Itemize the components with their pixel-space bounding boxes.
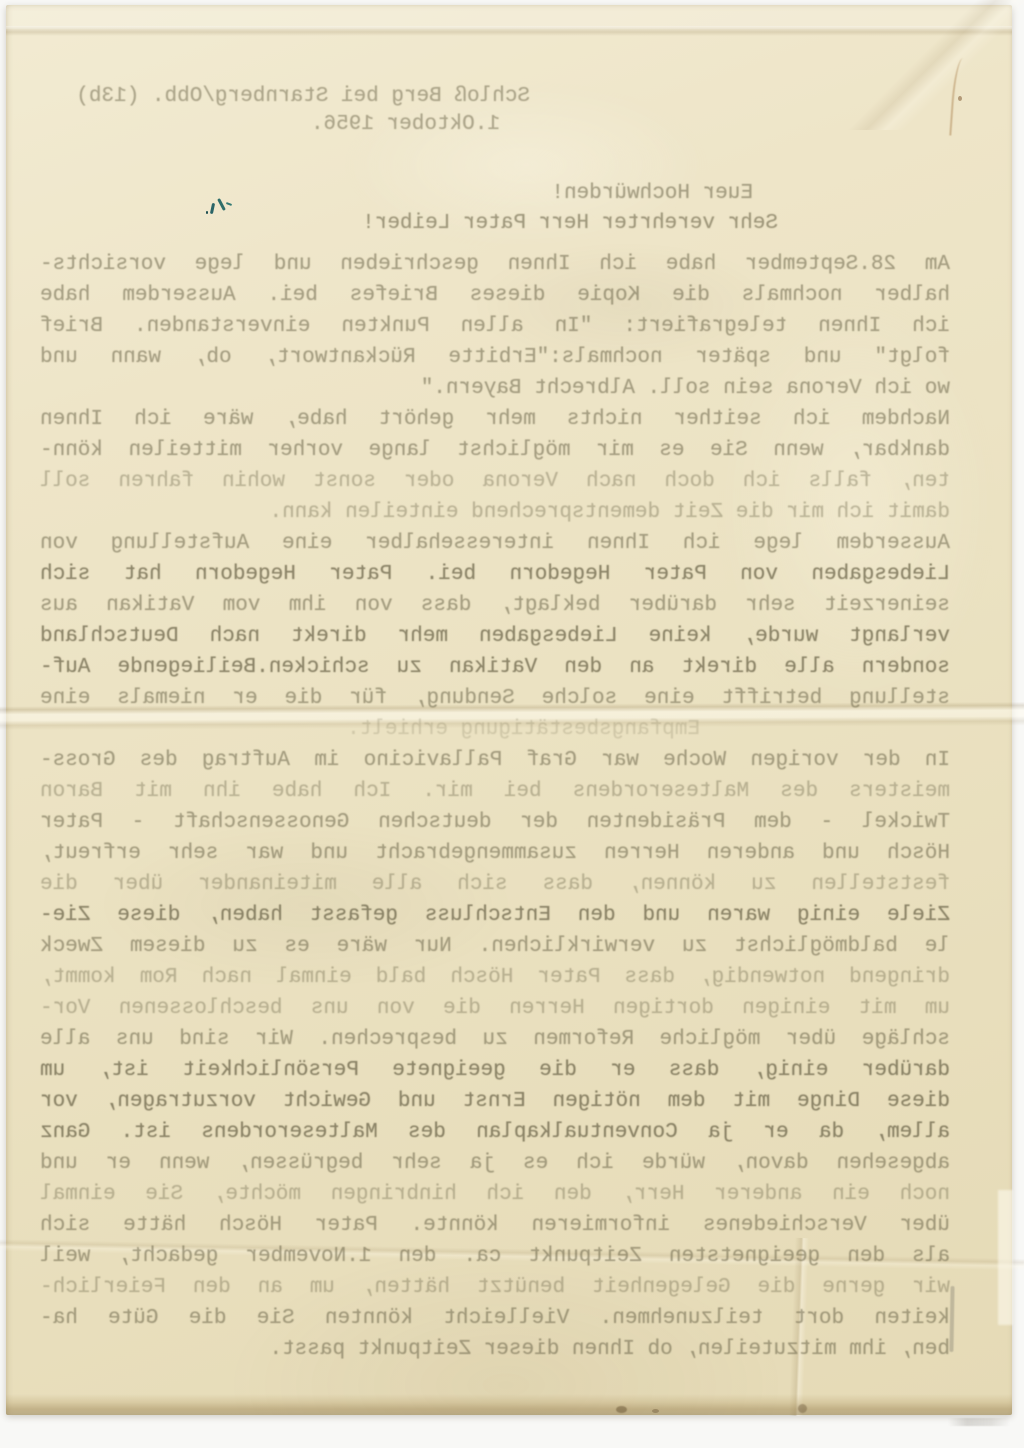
salutation-line-2: Sehr verehrter Herr Pater Leiber! xyxy=(362,211,778,237)
letterhead-date: 1.Oktober 1956. xyxy=(311,112,500,138)
scanned-letter-verso: Schloß Berg bei Starnberg/Obb. (13b) 1.O… xyxy=(0,0,1024,1448)
letter-line: damit ich mir die Zeit dementsprechend e… xyxy=(269,500,950,526)
ink-stroke xyxy=(226,202,232,206)
letter-line: verlangt wurde, keine Liebesgaben mehr d… xyxy=(40,624,950,650)
letter-line: allem, da er ja Conventualkaplan des Mal… xyxy=(40,1120,950,1146)
letter-line: Hösch und anderen Herren zusammengebrach… xyxy=(40,841,950,867)
letter-line: um mit einigen dortigen Herren die von u… xyxy=(40,996,950,1022)
letter-line: ben, ihm mitzuteilen, ob Ihnen dieser Ze… xyxy=(269,1337,950,1363)
ink-stroke xyxy=(217,198,226,211)
bottom-edge-speck xyxy=(616,1406,627,1413)
letter-line: ich Ihnen telegrafiert: "In allen Punkte… xyxy=(40,314,950,340)
letter-line: dankbar, wenn Sie es mir möglichst lange… xyxy=(40,438,950,464)
letter-line: seinerzeit sehr darüber beklagt, dass vo… xyxy=(40,593,950,619)
letterhead-location: Schloß Berg bei Starnberg/Obb. (13b) xyxy=(76,84,530,110)
letter-line: le baldmöglichst zu verwirklichen. Nur w… xyxy=(40,934,950,960)
letter-line: dringend notwendig, dass Pater Hösch bal… xyxy=(40,965,950,991)
letter-line: als den geeignetsten Zeitpunkt ca. den 1… xyxy=(40,1244,950,1270)
letter-line: feststellen zu können, dass sich alle mi… xyxy=(40,872,950,898)
letter-line: abgesehen davon, würde ich es ja sehr be… xyxy=(40,1151,950,1177)
letter-line: Nachdem ich seither nichts mehr gehört h… xyxy=(40,407,950,433)
letter-line: sondern alle direkt an den Vatikan zu sc… xyxy=(40,655,950,681)
mirrored-typescript-layer: Schloß Berg bei Starnberg/Obb. (13b) 1.O… xyxy=(0,0,1024,1448)
letter-line: folgt" und später nochmals:"Erbitte Rück… xyxy=(40,345,950,371)
light-strip-right xyxy=(998,1190,1013,1325)
letter-line: über Verschiedenes informieren könnte. P… xyxy=(40,1213,950,1239)
letter-line: halber nochmals die Kopie dieses Briefes… xyxy=(40,283,950,309)
ink-stroke xyxy=(206,211,208,214)
letter-line: meisters des Malteserordens bei mir. Ich… xyxy=(40,779,950,805)
letter-line: Empfangsbestätigung erhielt. xyxy=(347,717,700,743)
letter-line: noch ein anderer Herr, den ich hinbringe… xyxy=(40,1182,950,1208)
letter-line: ten, falls ich doch nach Verona oder son… xyxy=(40,469,950,495)
letter-line: In der vorigen Woche war Graf Pallavicin… xyxy=(40,748,950,774)
bottom-edge-scribble xyxy=(948,1418,1010,1426)
letter-line: stellung betrifft eine solche Sendung, f… xyxy=(40,686,950,712)
letter-line: Twickel - dem Präsidenten der deutschen … xyxy=(40,810,950,836)
letter-line: Am 28.September habe ich Ihnen geschrieb… xyxy=(40,252,950,278)
letter-line: darüber einig, dass er die geeignete Per… xyxy=(40,1058,950,1084)
letter-line: wir gerne die Gelegenheit benützt hätten… xyxy=(40,1275,950,1301)
letter-line: diese Dinge mit dem nötigen Ernst und Ge… xyxy=(40,1089,950,1115)
letter-line: schläge über mögliche Reformen zu bespre… xyxy=(40,1027,950,1053)
letter-line: wo ich Verona sein soll. Albrecht Bayern… xyxy=(421,376,950,402)
bottom-edge-speck xyxy=(652,1409,659,1413)
handwritten-ink-annotation xyxy=(204,196,238,220)
salutation-line-1: Euer Hochwürden! xyxy=(551,181,753,207)
bottom-edge-speck xyxy=(798,1404,807,1413)
ink-stroke xyxy=(210,203,215,214)
letter-line: Ziele einig waren und den Entschluss gef… xyxy=(40,903,950,929)
letter-line: Ausserdem lege ich Ihnen interessehalber… xyxy=(40,531,950,557)
speck-top-right xyxy=(958,96,962,101)
letter-line: keiten dort teilzunehmen. Vielleicht kön… xyxy=(40,1306,950,1332)
letter-line: Liebesgaben von Pater Hegedorn bei. Pate… xyxy=(40,562,950,588)
